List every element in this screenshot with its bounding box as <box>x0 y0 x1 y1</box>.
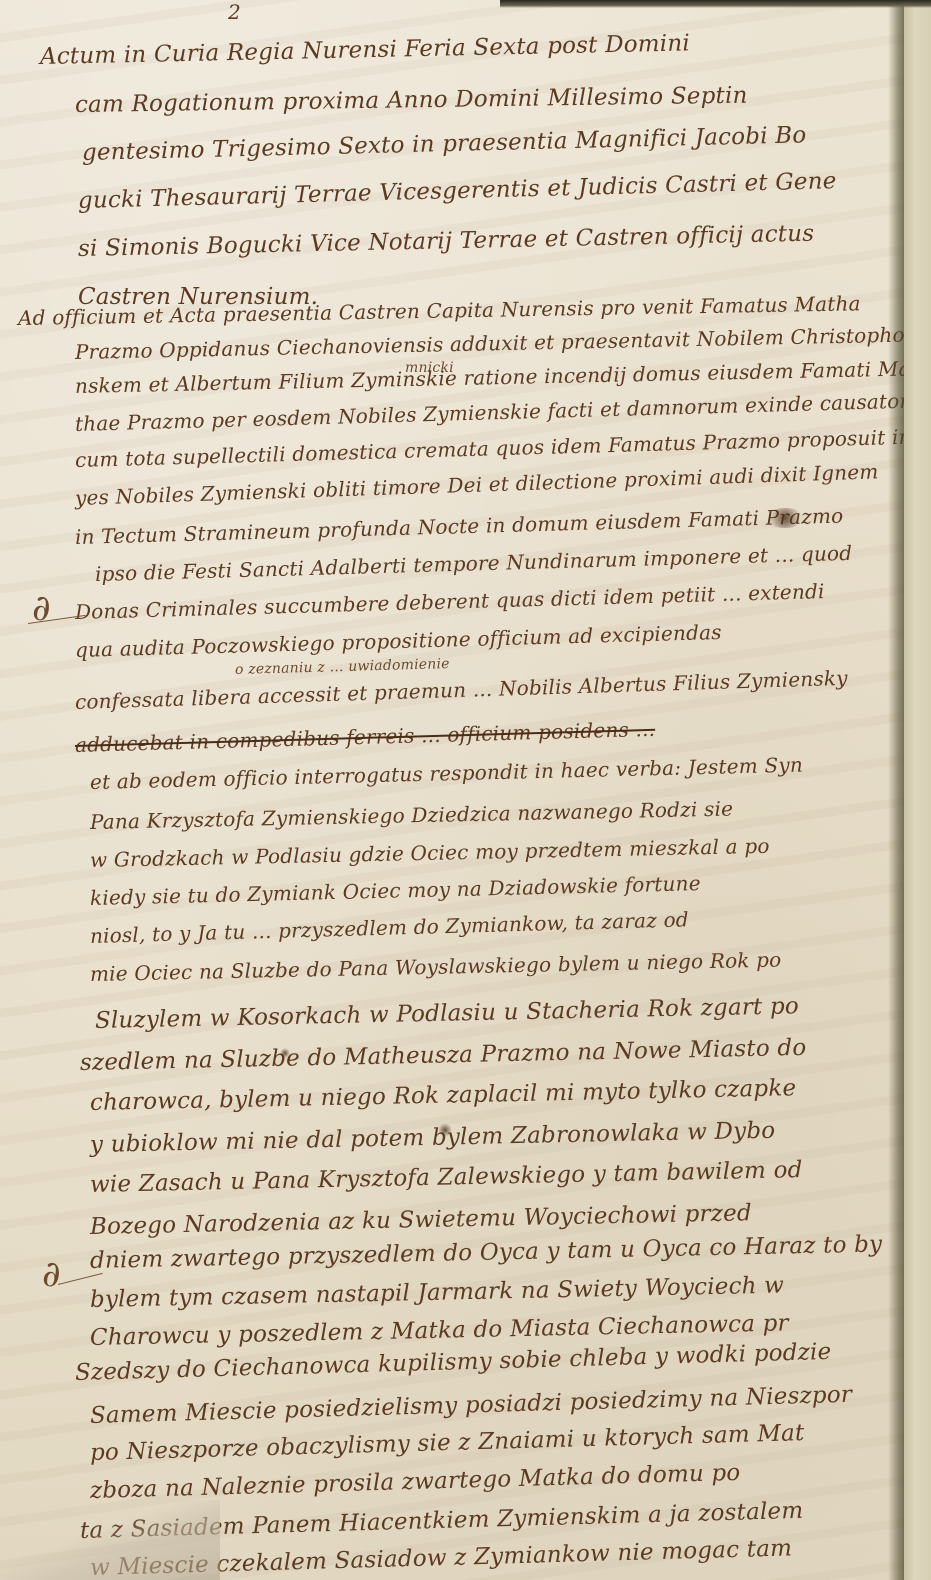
manuscript-line: in Tectum Stramineum profunda Nocte in d… <box>75 504 844 549</box>
page-corner-fold <box>0 1500 220 1580</box>
margin-mark-icon: ∂ <box>42 1254 61 1295</box>
manuscript-line: po Nieszporze obaczylismy sie z Znaiami … <box>90 1420 805 1466</box>
folio-number: 2 <box>228 0 241 24</box>
manuscript-page: 2 Actum in Curia Regia Nurensi Feria Sex… <box>0 0 904 1580</box>
manuscript-line: et ab eodem officio interrogatus respond… <box>90 753 803 794</box>
ink-blot <box>280 1048 290 1058</box>
manuscript-line: Bozego Narodzenia az ku Swietemu Woyciec… <box>90 1200 752 1240</box>
binding-edge <box>500 0 931 8</box>
manuscript-line: gucki Thesaurarij Terrae Vicesgerentis e… <box>78 168 837 214</box>
ink-blot <box>438 1123 452 1137</box>
manuscript-line: Donas Criminales succumbere deberent qua… <box>75 579 825 624</box>
manuscript-line: gentesimo Trigesimo Sexto in praesentia … <box>82 122 807 166</box>
manuscript-line: Prazmo Oppidanus Ciechanoviensis adduxit… <box>75 323 900 364</box>
manuscript-line: wie Zasach u Pana Krysztofa Zalewskiego … <box>90 1157 803 1198</box>
manuscript-line: w Grodzkach w Podlasiu gdzie Ociec moy p… <box>90 834 770 872</box>
manuscript-line: confessata libera accessit et praemun ..… <box>75 666 848 714</box>
interlinear-note: o zeznaniu z ... uwiadomienie <box>235 656 450 678</box>
manuscript-line: ipso die Festi Sancti Adalberti tempore … <box>95 541 853 586</box>
manuscript-line: cam Rogationum proxima Anno Domini Mille… <box>75 83 748 118</box>
manuscript-line: si Simonis Bogucki Vice Notarij Terrae e… <box>78 221 815 262</box>
manuscript-line: Actum in Curia Regia Nurensi Feria Sexta… <box>40 30 690 70</box>
manuscript-line: qua audita Poczowskiego propositione off… <box>75 620 722 662</box>
manuscript-line: zboza na Naleznie prosila zwartego Matka… <box>90 1460 741 1504</box>
manuscript-line: adducebat in compedibus ferreis ... offi… <box>75 717 656 757</box>
manuscript-line: dniem zwartego przyszedlem do Oyca y tam… <box>90 1231 883 1274</box>
ink-blot <box>765 508 805 528</box>
manuscript-line: Pana Krzysztofa Zymienskiego Dziedzica n… <box>90 797 734 834</box>
manuscript-line: niosl, to y Ja tu ... przyszedlem do Zym… <box>90 907 689 948</box>
manuscript-line: kiedy sie tu do Zymiank Ociec moy na Dzi… <box>90 871 701 910</box>
manuscript-line: charowca, bylem u niego Rok zaplacil mi … <box>90 1075 797 1116</box>
adjacent-page-edge <box>904 0 931 1580</box>
manuscript-line: bylem tym czasem nastapil Jarmark na Swi… <box>90 1272 785 1313</box>
margin-pointer-line <box>58 1273 103 1285</box>
manuscript-line: mie Ociec na Sluzbe do Pana Woyslawskieg… <box>90 948 782 986</box>
manuscript-line: y ubioklow mi nie dal potem bylem Zabron… <box>90 1118 776 1158</box>
manuscript-line: Sluzylem w Kosorkach w Podlasiu u Stache… <box>95 993 799 1034</box>
manuscript-line: szedlem na Sluzbe do Matheusza Prazmo na… <box>80 1035 807 1076</box>
